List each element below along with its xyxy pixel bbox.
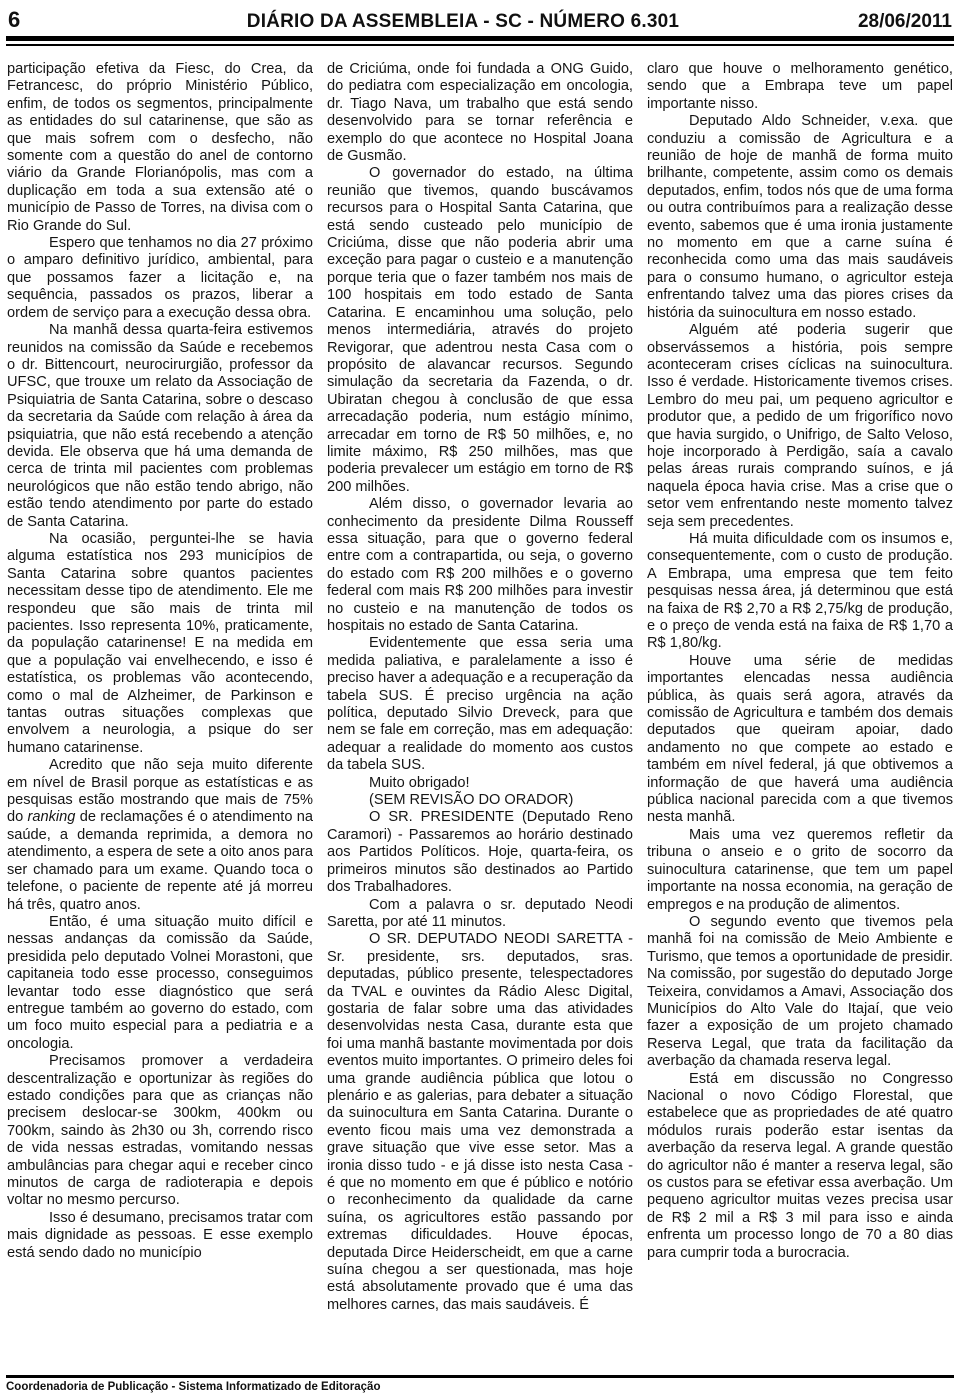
paragraph: Além disso, o governador levaria ao conh… [327,496,633,635]
paragraph: Com a palavra o sr. deputado Neodi Saret… [327,897,633,932]
paragraph: de Criciúma, onde foi fundada a ONG Guid… [327,61,633,165]
paragraph: Precisamos promover a verdadeira descent… [7,1053,313,1210]
paragraph: Espero que tenhamos no dia 27 próximo o … [7,235,313,322]
paragraph: Acredito que não seja muito diferente em… [7,757,313,914]
paragraph: Isso é desumano, precisamos tratar com m… [7,1210,313,1262]
paragraph: Está em discussão no Congresso Nacional … [647,1071,953,1262]
paragraph: Muito obrigado! [327,775,633,792]
page-footer: Coordenadoria de Publicação - Sistema In… [6,1375,954,1393]
page-header: 6 DIÁRIO DA ASSEMBLEIA - SC - NÚMERO 6.3… [0,0,960,33]
column-2: de Criciúma, onde foi fundada a ONG Guid… [327,61,633,1367]
paragraph: (SEM REVISÃO DO ORADOR) [327,792,633,809]
paragraph: O segundo evento que tivemos pela manhã … [647,914,953,1071]
footer-text: Coordenadoria de Publicação - Sistema In… [6,1381,954,1393]
page-number: 6 [8,7,68,33]
content-columns: participação efetiva da Fiesc, do Crea, … [0,46,960,1367]
footer-rule [6,1375,954,1378]
paragraph: O SR. PRESIDENTE (Deputado Reno Caramori… [327,809,633,896]
paragraph: Na manhã dessa quarta-feira estivemos re… [7,322,313,531]
page-date: 28/06/2011 [858,11,952,33]
paragraph: Mais uma vez queremos refletir da tribun… [647,827,953,914]
paragraph: Evidentemente que essa seria uma medida … [327,635,633,774]
page-title: DIÁRIO DA ASSEMBLEIA - SC - NÚMERO 6.301 [68,11,858,33]
paragraph: Há muita dificuldade com os insumos e, c… [647,531,953,653]
paragraph: participação efetiva da Fiesc, do Crea, … [7,61,313,235]
paragraph: O SR. DEPUTADO NEODI SARETTA - Sr. presi… [327,931,633,1314]
paragraph: Deputado Aldo Schneider, v.exa. que cond… [647,113,953,322]
paragraph: Houve uma série de medidas importantes e… [647,653,953,827]
paragraph: claro que houve o melhoramento genético,… [647,61,953,113]
header-rule [6,36,954,46]
diario-page: 6 DIÁRIO DA ASSEMBLEIA - SC - NÚMERO 6.3… [0,0,960,1398]
paragraph: O governador do estado, na última reuniã… [327,165,633,496]
paragraph: Alguém até poderia sugerir que observáss… [647,322,953,531]
paragraph: Na ocasião, perguntei-lhe se havia algum… [7,531,313,757]
paragraph: Então, é uma situação muito difícil e ne… [7,914,313,1053]
column-3: claro que houve o melhoramento genético,… [647,61,953,1367]
column-1: participação efetiva da Fiesc, do Crea, … [7,61,313,1367]
